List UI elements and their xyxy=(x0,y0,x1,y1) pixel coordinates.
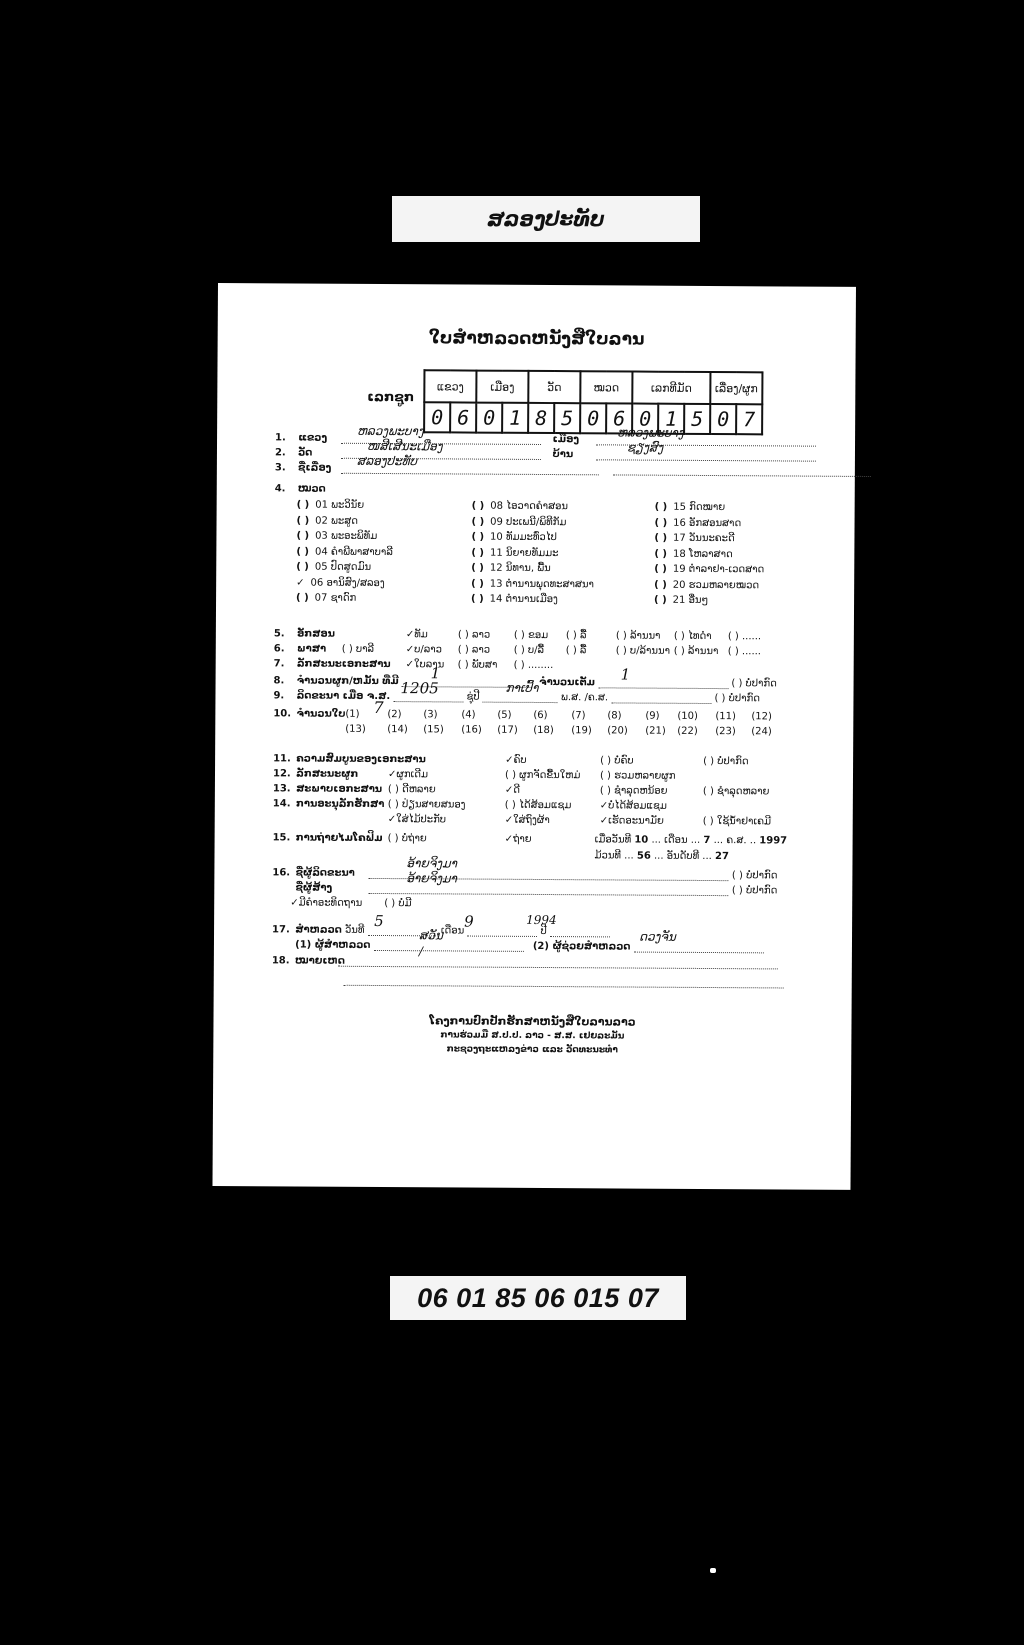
code-header-temple: ວັດ xyxy=(528,371,580,403)
leaf-slot: (4) xyxy=(461,709,475,720)
bundle-option: ( ) ຮວມຫລາຍຜູກ xyxy=(600,770,676,781)
cs-year-value: 1205 xyxy=(400,679,438,697)
province-value: ຫລວງພະບາງ xyxy=(357,424,424,438)
field-remarks: 18. ໝາຍເຫດ xyxy=(272,954,792,969)
temple-value: ໜສີເສີນະເມືອງ xyxy=(367,439,443,453)
footer-line-1: ໂຄງການປົກປັກຮັກສາຫນັງສືໃບລານລາວ xyxy=(213,1013,851,1030)
bundle-option: ✓ຜູກເດີມ xyxy=(388,769,428,780)
category-option: ( )19 ຕຳລາຢາ-ເວດສາດ xyxy=(654,564,764,576)
preservation-option: ✓ເຮັດອະນາມັຍ xyxy=(600,815,664,826)
code-header-province: ແຂວງ xyxy=(424,370,476,402)
category-option: ( )04 ຄຳພີພາສາບາລີ xyxy=(296,546,393,558)
leaf-slot: (5) xyxy=(497,710,511,721)
code-header-bundle: ເລກທີມັດ xyxy=(632,372,710,404)
fascicle-total-value: 1 xyxy=(621,665,631,683)
category-option: ( )01 ພະວິນັຍ xyxy=(297,499,365,510)
material-option: ( ) ........ xyxy=(514,660,554,671)
material-option: ( ) ພັບສາ xyxy=(458,659,498,670)
title-value: ສລອງປະທັບ xyxy=(357,454,417,468)
leaf-slot: (10) xyxy=(677,711,698,722)
field-scribe: 16. ຊື່ຜູ້ລິດຂະນາ ( ) ບໍ່ປາກົດ xyxy=(272,866,792,881)
assistant-value: ດວງຈັນ xyxy=(639,930,676,944)
code-digit: 0 xyxy=(710,404,736,434)
remarks-value: / xyxy=(419,944,423,958)
category-option: ( )07 ຊາດົກ xyxy=(296,592,356,603)
survey-month-value: 9 xyxy=(464,913,474,931)
language-option: ( ) ບ/ລື້ xyxy=(514,645,544,656)
leaf-slot: (3) xyxy=(423,709,437,720)
category-option: ( )18 ໂຫລາສາດ xyxy=(654,548,732,559)
script-option: ( ) ລາວ xyxy=(458,629,490,640)
category-option: ( )21 ອື່ນໆ xyxy=(654,595,708,606)
document-title-label: ສລອງປະທັບ xyxy=(392,196,700,242)
code-header-district: ເມືອງ xyxy=(476,371,528,403)
scribe-value: ອ້າຍຈິງມາ xyxy=(406,856,457,870)
category-option: ( )09 ປະເພນີ/ພິທີກັມ xyxy=(472,516,567,528)
condition-option: ( ) ຊຳລຸດຫນ້ອຍ xyxy=(600,785,668,796)
leaf-slot: (23) xyxy=(715,726,736,737)
code-digit: 7 xyxy=(736,404,762,434)
preservation-option: ✓ບໍ່ໄດ້ສ້ອມແຊມ xyxy=(600,800,667,811)
leaf-slot: (17) xyxy=(497,725,518,736)
leaf-slot: (24) xyxy=(751,726,772,737)
category-option: ( )05 ປົດສູດມົນ xyxy=(296,561,371,572)
preservation-option: ( ) ປ່ຽນສາຍສນອງ xyxy=(388,799,466,810)
condition-option: ( ) ດີຫລາຍ xyxy=(388,784,436,795)
survey-form-sheet: ໃບສຳຫລວດຫນັງສືໃບລານ ເລກຊູກ ແຂວງ ເມືອງ ວັ… xyxy=(212,283,856,1190)
script-option: ( ) ລ້ານນາ xyxy=(616,630,661,641)
code-table: ແຂວງ ເມືອງ ວັດ ໝວດ ເລກທີມັດ ເລື່ອງ/ຜູກ 0… xyxy=(423,369,763,435)
survey-day-value: 5 xyxy=(374,912,384,930)
condition-option: ( ) ຊຳລຸດຫລາຍ xyxy=(703,786,770,797)
code-digit: 0 xyxy=(424,402,450,432)
field-title: 3. ຊື່ເລື່ອງ xyxy=(275,461,795,476)
completeness-option: ✓ຄົບ xyxy=(505,755,527,766)
code-digit: 5 xyxy=(554,403,580,433)
leaf-slot: (6) xyxy=(533,710,547,721)
language-option: ( ) ລ້ານນາ xyxy=(674,646,719,657)
code-digit: 0 xyxy=(476,403,502,433)
surveyor-value: ສວັນ xyxy=(419,928,443,942)
leaf-slot: (21) xyxy=(645,726,666,737)
footer-line-2: ການຮ່ວມມື ສ.ປ.ປ. ລາວ - ສ.ສ. ເຢຍລະມັນ xyxy=(213,1029,851,1043)
category-option: ✓06 ອານິສົງ/ສລອງ xyxy=(296,577,385,589)
colophon-yes: ✓ມີຄຳອະທິດຖານ xyxy=(290,897,362,908)
category-option: ( )13 ຕຳນານພຸດທະສາສນາ xyxy=(471,578,594,590)
field-category: 4. ໝວດ xyxy=(275,483,795,497)
completeness-option: ( ) ບໍ່ປາກົດ xyxy=(703,756,749,767)
category-option: ( )02 ພະສູດ xyxy=(297,515,359,526)
leaf-slot: (9) xyxy=(645,711,659,722)
material-option: ✓ໃບລານ xyxy=(406,659,445,670)
leaf-slot: (8) xyxy=(607,710,621,721)
microfilm-option: ( ) ບໍ່ຖ່າຍ xyxy=(388,833,427,844)
completeness-option: ( ) ບໍ່ຄົບ xyxy=(600,755,634,766)
bundle-option: ( ) ຜູກຈັດຂື້ນໃຫມ່ xyxy=(505,770,580,781)
leaf-slot: (1) xyxy=(345,709,359,720)
leaf-slot: (19) xyxy=(571,725,592,736)
language-option: ( ) ບາລີ xyxy=(342,644,374,655)
category-option: ( )12 ນິທານ, ພື້ນ xyxy=(471,563,551,574)
preservation-option: ✓ໃສ່ຖົງຜ້າ xyxy=(505,815,550,826)
category-options xyxy=(218,283,856,287)
survey-year-value: 1994 xyxy=(526,913,557,927)
leaf-slot: (12) xyxy=(751,711,772,722)
language-option: ( ) ບ/ລ້ານນາ xyxy=(616,645,670,656)
field-surveyors: (1) ຜູ້ສຳຫລວດ (2) ຜູ້ຊ່ວຍສຳຫລວດ xyxy=(272,938,792,953)
leaf-slot: (15) xyxy=(423,724,444,735)
preservation-option: ✓ໃສ່ໄມ້ປະກັບ xyxy=(388,814,446,825)
leaf-count-value: 7 xyxy=(373,698,383,717)
language-option: ✓ບ/ລາວ xyxy=(406,644,442,655)
microfilm-roll: ມ້ວນທີ ... 56 ... ອັນດັບທີ ... 27 xyxy=(594,850,729,862)
document-code-label: 06 01 85 06 015 07 xyxy=(390,1276,686,1320)
leaf-slot: (11) xyxy=(715,711,736,722)
code-header-fascicle: ເລື່ອງ/ຜູກ xyxy=(710,372,762,404)
leaf-slot: (22) xyxy=(677,726,698,737)
script-option: ✓ທັມ xyxy=(406,629,428,640)
language-option: ( ) ລື້ xyxy=(566,645,587,656)
script-option: ( ) ...... xyxy=(728,631,761,642)
category-option: ( )15 ກົດໝາຍ xyxy=(655,502,726,513)
language-option: ( ) ລາວ xyxy=(458,644,490,655)
category-option: ( )20 ຮວມຫລາຍໝວດ xyxy=(654,579,759,591)
category-option: ( )14 ຕຳນານເມືອງ xyxy=(471,594,558,606)
code-digit: 6 xyxy=(450,402,476,432)
district-value: ຫລວງພະບາງ xyxy=(617,425,684,439)
code-digit: 0 xyxy=(580,403,606,433)
leaf-slot: (7) xyxy=(571,710,585,721)
script-option: ( ) ໄທດຳ xyxy=(674,631,712,642)
script-option: ( ) ຂອມ xyxy=(514,630,548,641)
leaf-slot: (20) xyxy=(607,725,628,736)
category-option: ( )03 ພະອະພິທັມ xyxy=(296,530,377,541)
script-option: ( ) ລື້ xyxy=(566,630,587,641)
code-header-category: ໝວດ xyxy=(580,371,632,403)
category-option: ( )11 ນິຍາຍທັມມະ xyxy=(471,547,558,559)
field-sponsor: ຊື່ຜູ້ສ້າງ ( ) ບໍ່ປາກົດ xyxy=(272,881,792,896)
leaf-slot: (2) xyxy=(387,709,401,720)
code-digit: 8 xyxy=(528,403,554,433)
leaf-slot: (14) xyxy=(387,724,408,735)
field-province: 1. ແຂວງ ເມືອງ xyxy=(275,431,795,446)
scan-speck xyxy=(710,1568,716,1573)
category-option: ( )16 ອັກສອນສາດ xyxy=(655,517,742,529)
leaf-slot: (13) xyxy=(345,724,366,735)
preservation-option: ( ) ໄດ້ສ້ອມແຊມ xyxy=(505,800,572,811)
footer-line-3: ກະຊວງຖະແຫລງຂ່າວ ແລະ ວັດທະນະທຳ xyxy=(213,1043,851,1057)
code-digit: 1 xyxy=(502,403,528,433)
cyclical-year-value: ກາເປົ້າ xyxy=(505,681,538,695)
language-option: ( ) ...... xyxy=(728,646,761,657)
form-title: ໃບສຳຫລວດຫນັງສືໃບລານ xyxy=(218,327,856,351)
condition-option: ✓ດີ xyxy=(505,785,520,796)
field-temple: 2. ວັດ ບ້ານ xyxy=(275,446,795,461)
code-digit: 5 xyxy=(684,404,710,434)
category-option: ( )08 ໄອວາດຄຳສອນ xyxy=(472,501,568,513)
colophon-no: ( ) ບໍ່ມີ xyxy=(384,898,412,909)
village-value: ຊຽງສົງ xyxy=(627,441,663,455)
category-option: ( )10 ທັມມະທົ່ວໄປ xyxy=(471,532,557,544)
code-label: ເລກຊູກ xyxy=(367,390,414,405)
category-option: ( )17 ວັນນະຄະດີ xyxy=(654,533,734,544)
microfilm-option: ✓ຖ່າຍ xyxy=(505,834,532,845)
microfilm-date: ເມື່ອວັນທີ 10 ... ເດືອນ ... 7 ... ຄ.ສ. .… xyxy=(595,834,788,846)
leaf-slot: (16) xyxy=(461,724,482,735)
preservation-option: ( ) ໃຊ້ນ້ຳຢາເຄມີ xyxy=(703,816,771,827)
leaf-slot: (18) xyxy=(533,725,554,736)
sponsor-value: ອ້າຍຈິງມາ xyxy=(406,871,457,885)
